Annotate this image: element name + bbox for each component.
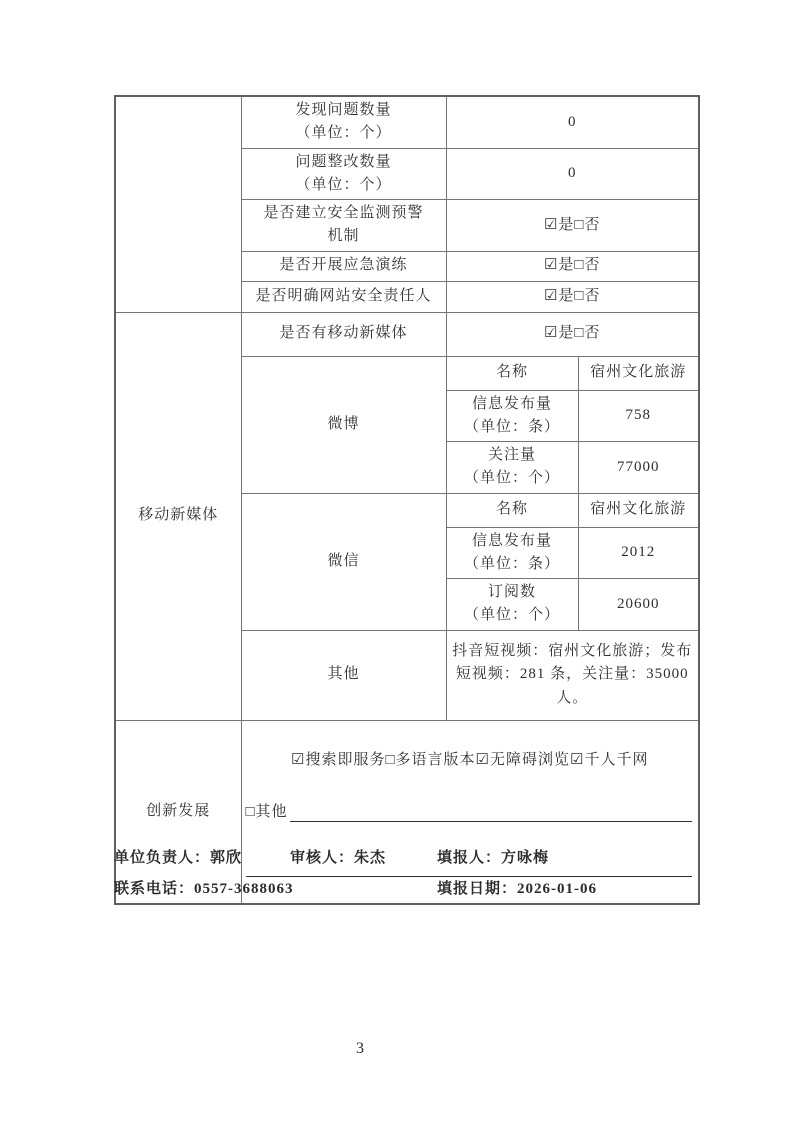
- warning-mechanism-label: 是否建立安全监测预警 机制: [241, 200, 446, 252]
- footer-date: 填报日期：2026-01-06: [437, 877, 597, 898]
- innovation-other-underline: [290, 797, 692, 822]
- document-page: 发现问题数量 （单位：个） 0 问题整改数量 （单位：个） 0 是否建立安全监测…: [0, 0, 794, 1122]
- wechat-posts-value: 2012: [578, 527, 699, 579]
- security-section-spacer-cell: [115, 96, 241, 312]
- innovation-section-header: 创新发展: [115, 720, 241, 904]
- innovation-other-row: □其他: [246, 797, 695, 827]
- other-media-value: 抖音短视频：宿州文化旅游；发布短视频：281 条，关注量：35000 人。: [446, 630, 699, 720]
- has-mobile-label: 是否有移动新媒体: [241, 312, 446, 356]
- wechat-subscribers-label: 订阅数 （单位：个）: [446, 579, 578, 631]
- footer-responsible: 单位负责人：郭欣: [114, 846, 242, 867]
- weibo-posts-value: 758: [578, 390, 699, 442]
- footer-phone: 联系电话：0557-3688063: [114, 877, 294, 898]
- weibo-name-value: 宿州文化旅游: [578, 356, 699, 390]
- wechat-name-label: 名称: [446, 493, 578, 527]
- page-number: 3: [340, 1040, 380, 1058]
- footer-auditor: 审核人：朱杰: [290, 846, 386, 867]
- issues-rectified-label: 问题整改数量 （单位：个）: [241, 148, 446, 200]
- weibo-posts-label: 信息发布量 （单位：条）: [446, 390, 578, 442]
- wechat-name-value: 宿州文化旅游: [578, 493, 699, 527]
- warning-mechanism-value: ☑是□否: [446, 200, 699, 252]
- other-media-label: 其他: [241, 630, 446, 720]
- weibo-followers-value: 77000: [578, 442, 699, 494]
- security-owner-label: 是否明确网站安全责任人: [241, 281, 446, 312]
- issues-found-label: 发现问题数量 （单位：个）: [241, 96, 446, 148]
- issues-found-value: 0: [446, 96, 699, 148]
- wechat-posts-label: 信息发布量 （单位：条）: [446, 527, 578, 579]
- innovation-content-cell: ☑搜索即服务□多语言版本☑无障碍浏览☑千人千网 □其他: [241, 720, 699, 904]
- wechat-subscribers-value: 20600: [578, 579, 699, 631]
- issues-rectified-value: 0: [446, 148, 699, 200]
- weibo-group-label: 微博: [241, 356, 446, 493]
- emergency-drill-label: 是否开展应急演练: [241, 251, 446, 281]
- wechat-group-label: 微信: [241, 493, 446, 630]
- mobile-media-section-header: 移动新媒体: [115, 312, 241, 720]
- report-table: 发现问题数量 （单位：个） 0 问题整改数量 （单位：个） 0 是否建立安全监测…: [114, 95, 700, 905]
- weibo-name-label: 名称: [446, 356, 578, 390]
- security-owner-value: ☑是□否: [446, 281, 699, 312]
- innovation-options: ☑搜索即服务□多语言版本☑无障碍浏览☑千人千网: [246, 746, 695, 774]
- has-mobile-value: ☑是□否: [446, 312, 699, 356]
- weibo-followers-label: 关注量 （单位：个）: [446, 442, 578, 494]
- emergency-drill-value: ☑是□否: [446, 251, 699, 281]
- footer-filler: 填报人：方咏梅: [437, 846, 549, 867]
- innovation-other-label: □其他: [246, 797, 288, 827]
